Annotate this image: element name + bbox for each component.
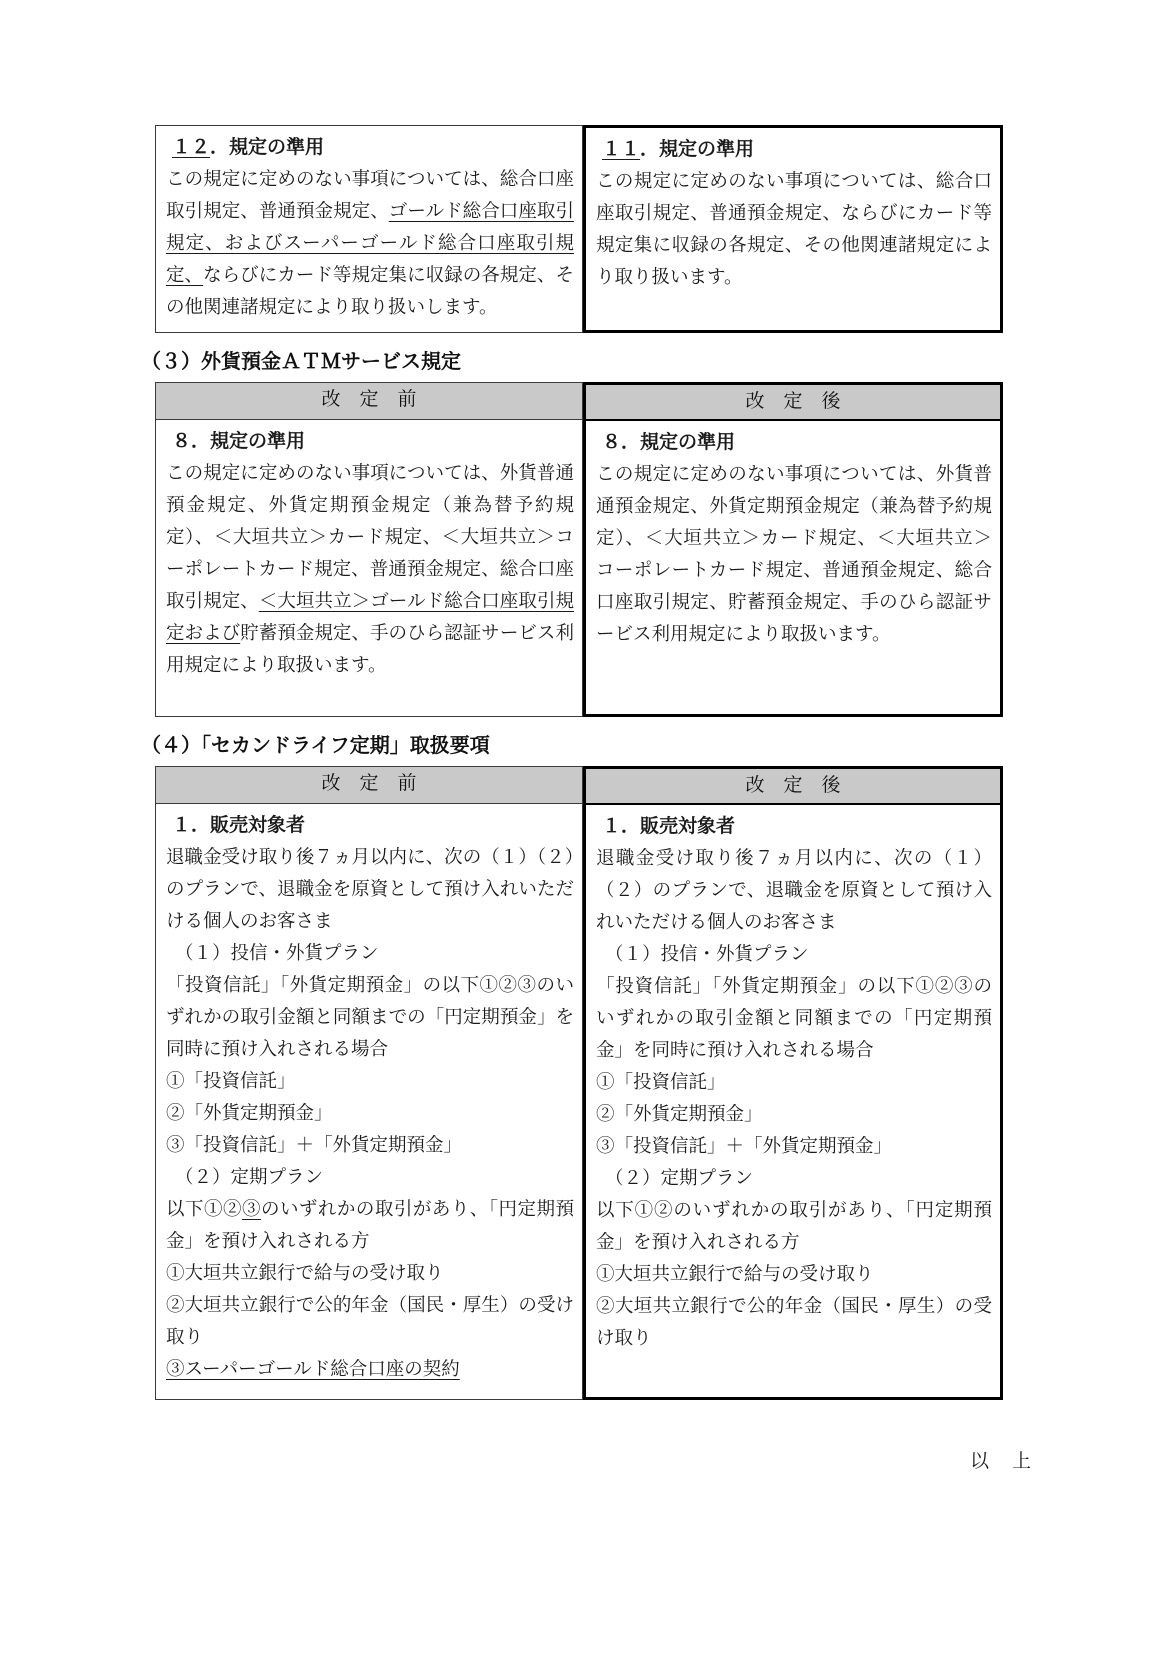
section-heading-second-life: （４）「セカンドライフ定期」取扱要項 — [141, 733, 1003, 759]
header-before-revision: 改 定 前 — [155, 766, 583, 803]
revision-table-continuation: １２．規定の準用この規定に定めのない事項については、総合口座取引規定、普通預金規… — [155, 125, 1003, 333]
header-before-revision: 改 定 前 — [155, 382, 583, 419]
before-revision-cell: ８．規定の準用この規定に定めのない事項については、外貨普通預金規定、外貨定期預金… — [155, 419, 583, 717]
document-content: １２．規定の準用この規定に定めのない事項については、総合口座取引規定、普通預金規… — [155, 125, 1003, 1473]
document-page: １２．規定の準用この規定に定めのない事項については、総合口座取引規定、普通預金規… — [0, 0, 1170, 1654]
after-revision-cell: １１．規定の準用この規定に定めのない事項については、総合口座取引規定、普通預金規… — [583, 125, 1003, 333]
revision-table-fx-atm: 改 定 前 改 定 後 ８．規定の準用この規定に定めのない事項については、外貨普… — [155, 382, 1003, 717]
revision-table-second-life: 改 定 前 改 定 後 １．販売対象者退職金受け取り後７ヵ月以内に、次の（１）（… — [155, 766, 1003, 1400]
after-revision-cell: ８．規定の準用この規定に定めのない事項については、外貨普通預金規定、外貨定期預金… — [583, 419, 1003, 717]
section-heading-fx-atm: （３）外貨預金ＡＴＭサービス規定 — [141, 349, 1003, 375]
closing-text: 以 上 — [155, 1446, 1033, 1473]
before-revision-cell: １．販売対象者退職金受け取り後７ヵ月以内に、次の（１）（２）のプランで、退職金を… — [155, 803, 583, 1400]
table-header-row: 改 定 前 改 定 後 — [155, 766, 1003, 803]
after-revision-cell: １．販売対象者退職金受け取り後７ヵ月以内に、次の（１）（２）のプランで、退職金を… — [583, 803, 1003, 1400]
table-header-row: 改 定 前 改 定 後 — [155, 382, 1003, 419]
header-after-revision: 改 定 後 — [583, 382, 1003, 419]
before-revision-cell: １２．規定の準用この規定に定めのない事項については、総合口座取引規定、普通預金規… — [155, 125, 583, 333]
header-after-revision: 改 定 後 — [583, 766, 1003, 803]
